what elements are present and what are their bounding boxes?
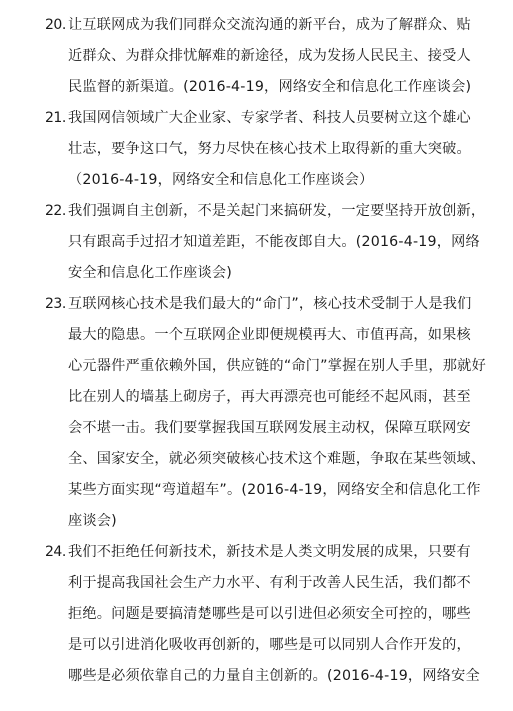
text-line: 安全和信息化工作座谈会) bbox=[68, 258, 465, 289]
list-item-24: 24. 我们不拒绝任何新技术，新技术是人类文明发展的成果，只要有 利于提高我国社… bbox=[0, 537, 513, 692]
text-line: 我们强调自主创新，不是关起门来搞研发，一定要坚持开放创新， bbox=[68, 196, 465, 227]
list-item-20: 20. 让互联网成为我们同群众交流沟通的新平台，成为了解群众、贴 近群众、为群众… bbox=[0, 10, 513, 103]
text-line: 只有跟高手过招才知道差距，不能夜郎自大。(2016-4-19，网络 bbox=[68, 227, 465, 258]
text-line: 最大的隐患。一个互联网企业即便规模再大、市值再高，如果核 bbox=[68, 320, 465, 351]
list-item-23: 23. 互联网核心技术是我们最大的“命门”，核心技术受制于人是我们 最大的隐患。… bbox=[0, 289, 513, 537]
text-line: 座谈会) bbox=[68, 506, 465, 537]
text-line: 心元器件严重依赖外国，供应链的“命门”掌握在别人手里，那就好 bbox=[68, 351, 465, 382]
text-line: 会不堪一击。我们要掌握我国互联网发展主动权，保障互联网安 bbox=[68, 413, 465, 444]
item-number: 20. bbox=[45, 10, 66, 41]
text-line: 民监督的新渠道。(2016-4-19，网络安全和信息化工作座谈会) bbox=[68, 72, 465, 103]
document-body: 20. 让互联网成为我们同群众交流沟通的新平台，成为了解群众、贴 近群众、为群众… bbox=[0, 10, 513, 692]
text-line: 壮志，要争这口气，努力尽快在核心技术上取得新的重大突破。 bbox=[68, 134, 465, 165]
text-line: 比在别人的墙基上砌房子，再大再漂亮也可能经不起风雨，甚至 bbox=[68, 382, 465, 413]
text-line: 某些方面实现“弯道超车”。(2016-4-19，网络安全和信息化工作 bbox=[68, 475, 465, 506]
text-line: （2016-4-19，网络安全和信息化工作座谈会） bbox=[68, 165, 465, 196]
text-line: 拒绝。问题是要搞清楚哪些是可以引进但必须安全可控的，哪些 bbox=[68, 599, 465, 630]
text-line: 我国网信领域广大企业家、专家学者、科技人员要树立这个雄心 bbox=[68, 103, 465, 134]
text-line: 是可以引进消化吸收再创新的，哪些是可以同别人合作开发的， bbox=[68, 630, 465, 661]
text-line: 近群众、为群众排忧解难的新途径，成为发扬人民民主、接受人 bbox=[68, 41, 465, 72]
text-line: 全、国家安全，就必须突破核心技术这个难题，争取在某些领域、 bbox=[68, 444, 465, 475]
item-number: 21. bbox=[45, 103, 66, 134]
list-item-22: 22. 我们强调自主创新，不是关起门来搞研发，一定要坚持开放创新， 只有跟高手过… bbox=[0, 196, 513, 289]
text-line: 利于提高我国社会生产力水平、有利于改善人民生活，我们都不 bbox=[68, 568, 465, 599]
text-line: 互联网核心技术是我们最大的“命门”，核心技术受制于人是我们 bbox=[68, 289, 465, 320]
item-number: 22. bbox=[45, 196, 66, 227]
text-line: 哪些是必须依靠自己的力量自主创新的。(2016-4-19，网络安全 bbox=[68, 661, 465, 692]
item-number: 24. bbox=[45, 537, 66, 568]
list-item-21: 21. 我国网信领域广大企业家、专家学者、科技人员要树立这个雄心 壮志，要争这口… bbox=[0, 103, 513, 196]
item-number: 23. bbox=[45, 289, 66, 320]
text-line: 我们不拒绝任何新技术，新技术是人类文明发展的成果，只要有 bbox=[68, 537, 465, 568]
text-line: 让互联网成为我们同群众交流沟通的新平台，成为了解群众、贴 bbox=[68, 10, 465, 41]
